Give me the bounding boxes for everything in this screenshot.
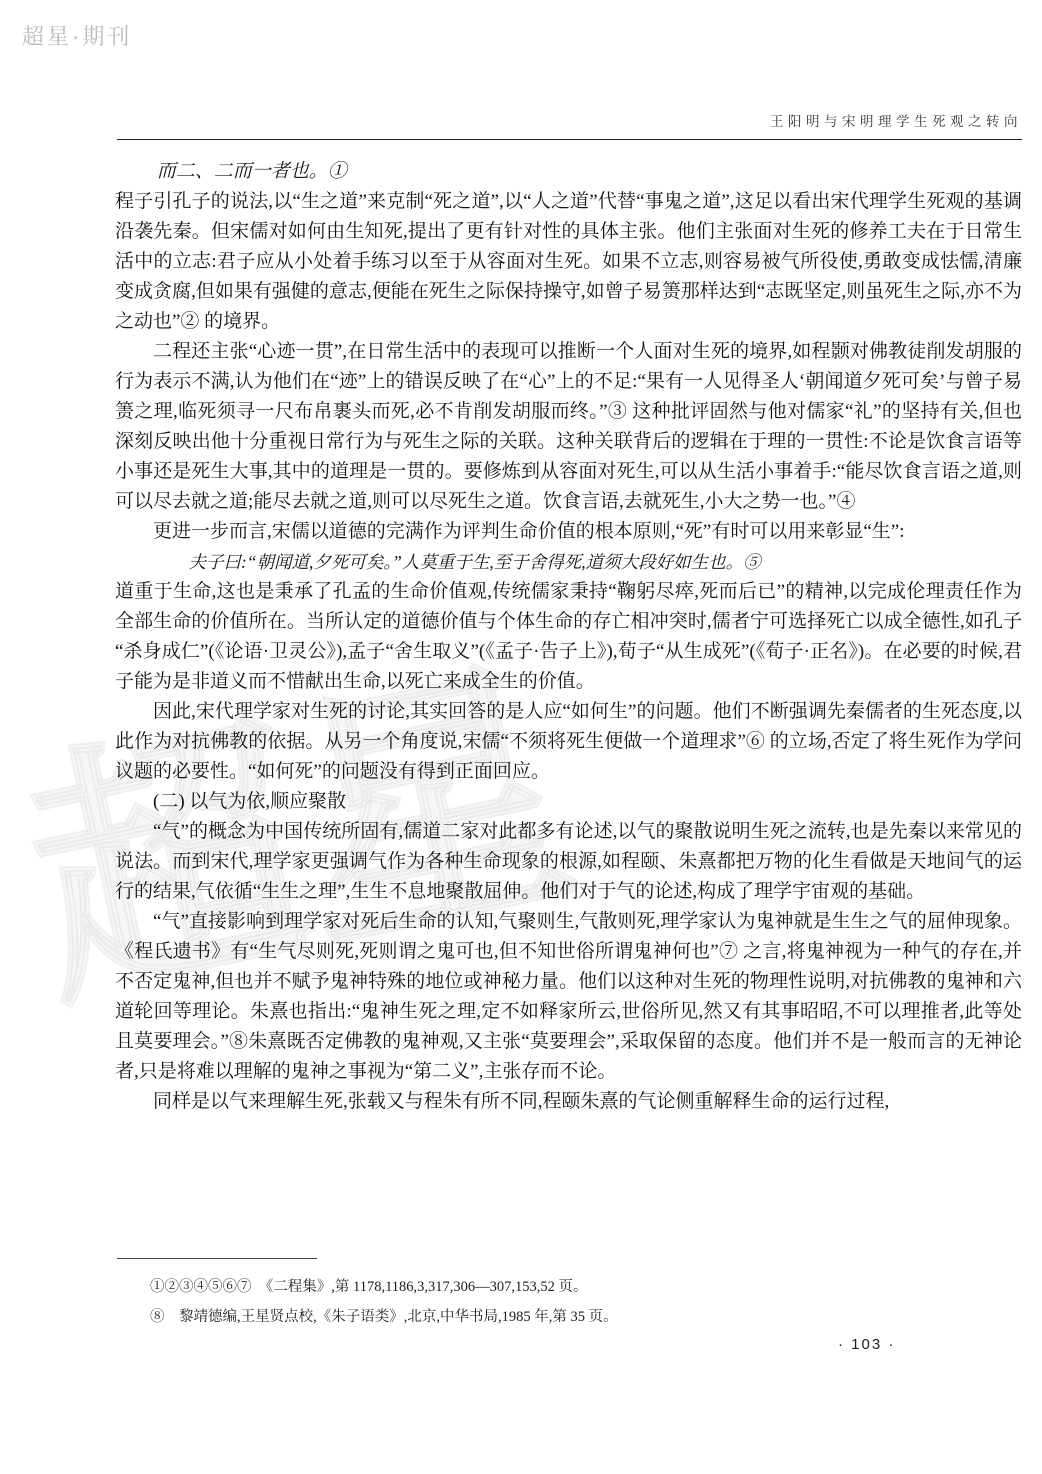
footnote-separator [117,1258,317,1259]
footnote-line: ⑧ 黎靖德编,王星贤点校,《朱子语类》,北京,中华书局,1985 年,第 35 … [150,1302,1020,1332]
platform-logo: 超星·期刊 [22,20,132,51]
paragraph-body-noindent: 道重于生命,这也是秉承了孔孟的生命价值观,传统儒家秉持“鞠躬尽瘁,死而后已”的精… [115,577,1022,697]
header-rule [117,139,1022,140]
paragraph-section-head: (二) 以气为依,顺应聚散 [115,787,1022,817]
running-head-title: 王阳明与宋明理学生死观之转向 [117,110,1022,130]
paragraph-body-noindent: 程子引孔子的说法,以“生之道”来克制“死之道”,以“人之道”代替“事鬼之道”,这… [115,187,1022,337]
paragraph-quote-tail: 而二、二而一者也。① [115,157,1022,187]
footnotes: ①②③④⑤⑥⑦ 《二程集》,第 1178,1186,3,317,306—307,… [150,1272,1020,1332]
paragraph-body: “气”直接影响到理学家对死后生命的认知,气聚则生,气散则死,理学家认为鬼神就是生… [115,907,1022,1087]
paragraph-quote: 夫子曰:“朝闻道,夕死可矣。”人莫重于生,至于舍得死,道须大段好如生也。⑤ [115,547,1022,577]
paragraph-body: 同样是以气来理解生死,张载又与程朱有所不同,程颐朱熹的气论侧重解释生命的运行过程… [115,1087,1022,1117]
footnote-line: ①②③④⑤⑥⑦ 《二程集》,第 1178,1186,3,317,306—307,… [150,1272,1020,1302]
paragraph-body: 二程还主张“心迹一贯”,在日常生活中的表现可以推断一个人面对生死的境界,如程颢对… [115,337,1022,517]
journal-page: 超星·期刊 王阳明与宋明理学生死观之转向 超星 而二、二而一者也。①程子引孔子的… [0,0,1042,1474]
article-body: 而二、二而一者也。①程子引孔子的说法,以“生之道”来克制“死之道”,以“人之道”… [115,157,1022,1117]
page-number: · 103 · [838,1336,895,1353]
paragraph-body: 因此,宋代理学家对生死的讨论,其实回答的是人应“如何生”的问题。他们不断强调先秦… [115,697,1022,787]
paragraph-body: “气”的概念为中国传统所固有,儒道二家对此都多有论述,以气的聚散说明生死之流转,… [115,817,1022,907]
paragraph-body: 更进一步而言,宋儒以道德的完满作为评判生命价值的根本原则,“死”有时可以用来彰显… [115,517,1022,547]
